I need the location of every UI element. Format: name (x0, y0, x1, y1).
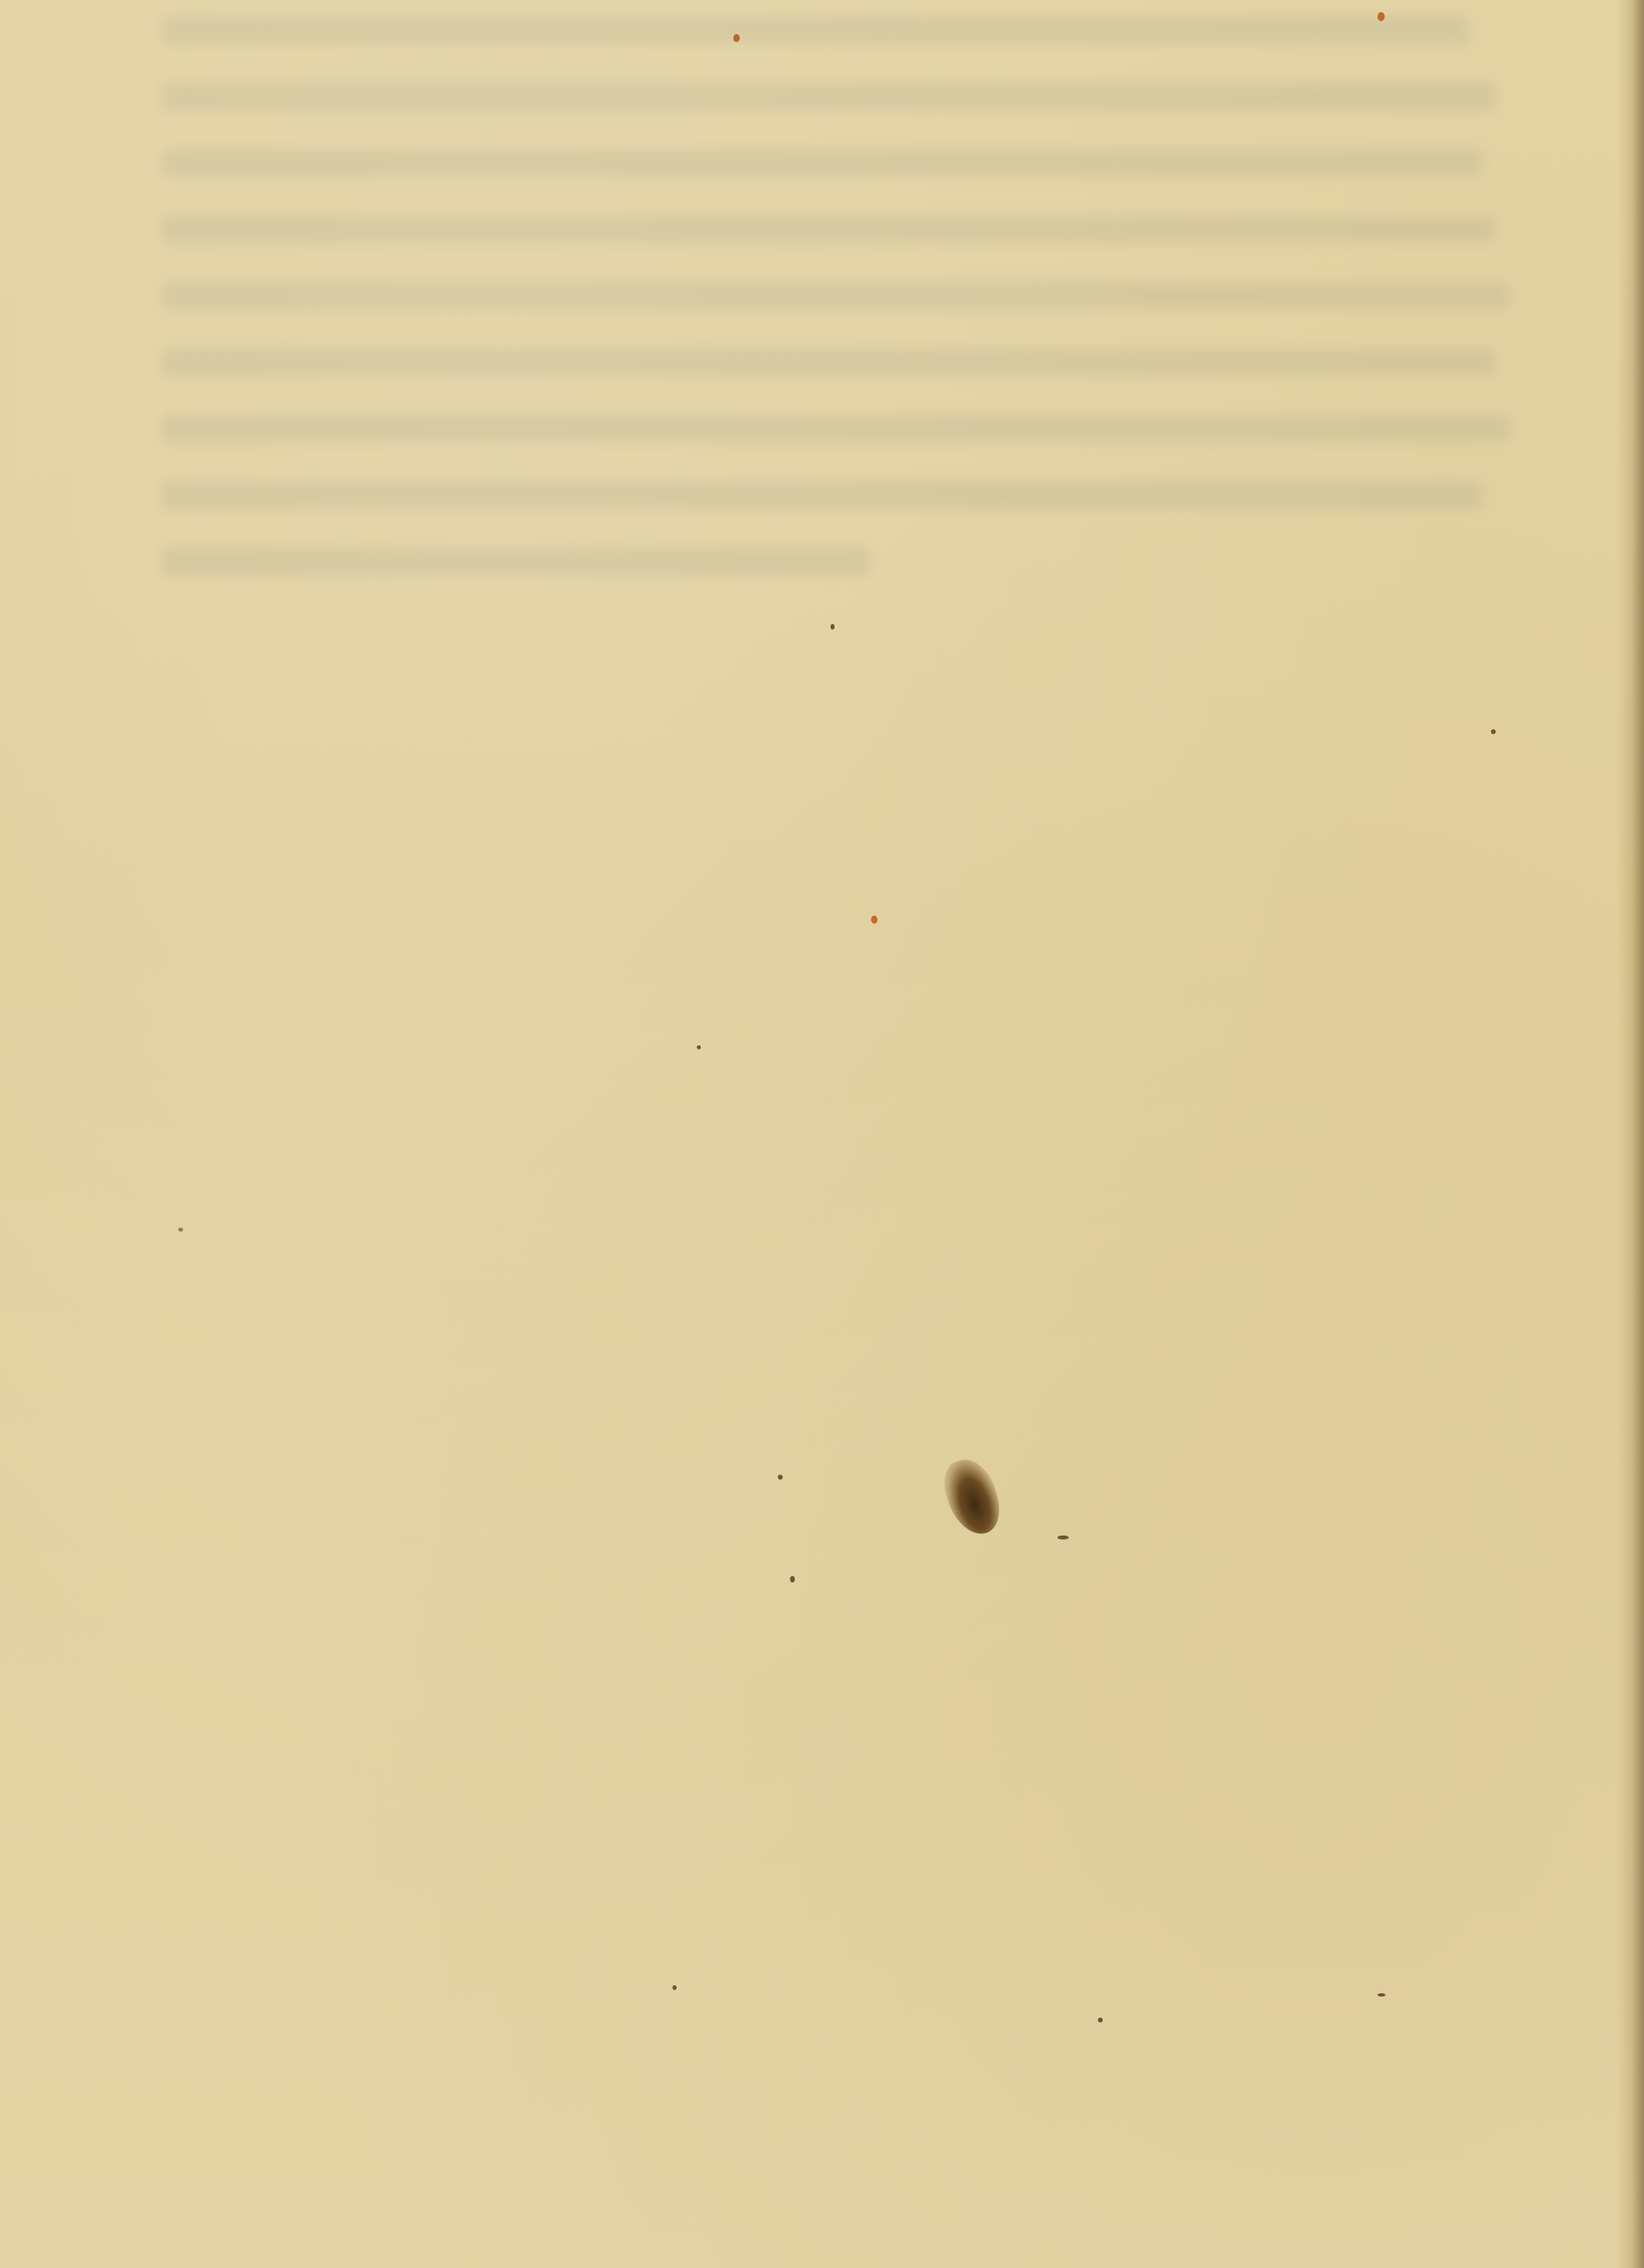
bleed-through-line (162, 16, 1469, 44)
speck (1057, 1535, 1069, 1540)
speck (673, 1985, 677, 1990)
foxing-spot (733, 34, 740, 42)
speck (778, 1475, 783, 1480)
speck (1098, 2018, 1103, 2022)
bleed-through-line (162, 415, 1509, 442)
scanned-page (0, 0, 1644, 2268)
ink-stain (937, 1453, 1007, 1541)
bleed-through-line (162, 282, 1509, 310)
speck (790, 1576, 795, 1582)
speck (1491, 729, 1496, 734)
bleed-through-line (162, 548, 870, 575)
bleed-through-line (162, 481, 1483, 509)
speck (1377, 1993, 1386, 1997)
speck (697, 1045, 701, 1049)
foxing-spot (1377, 12, 1385, 21)
speck (178, 1228, 183, 1232)
foxing-spot (871, 916, 878, 924)
bleed-through-line (162, 83, 1496, 110)
bleed-through-line (162, 216, 1496, 243)
bleed-through-text-region (162, 16, 1523, 616)
binding-edge (1616, 0, 1644, 2268)
bleed-through-line (162, 348, 1496, 376)
speck (831, 624, 835, 630)
bleed-through-line (162, 149, 1483, 177)
